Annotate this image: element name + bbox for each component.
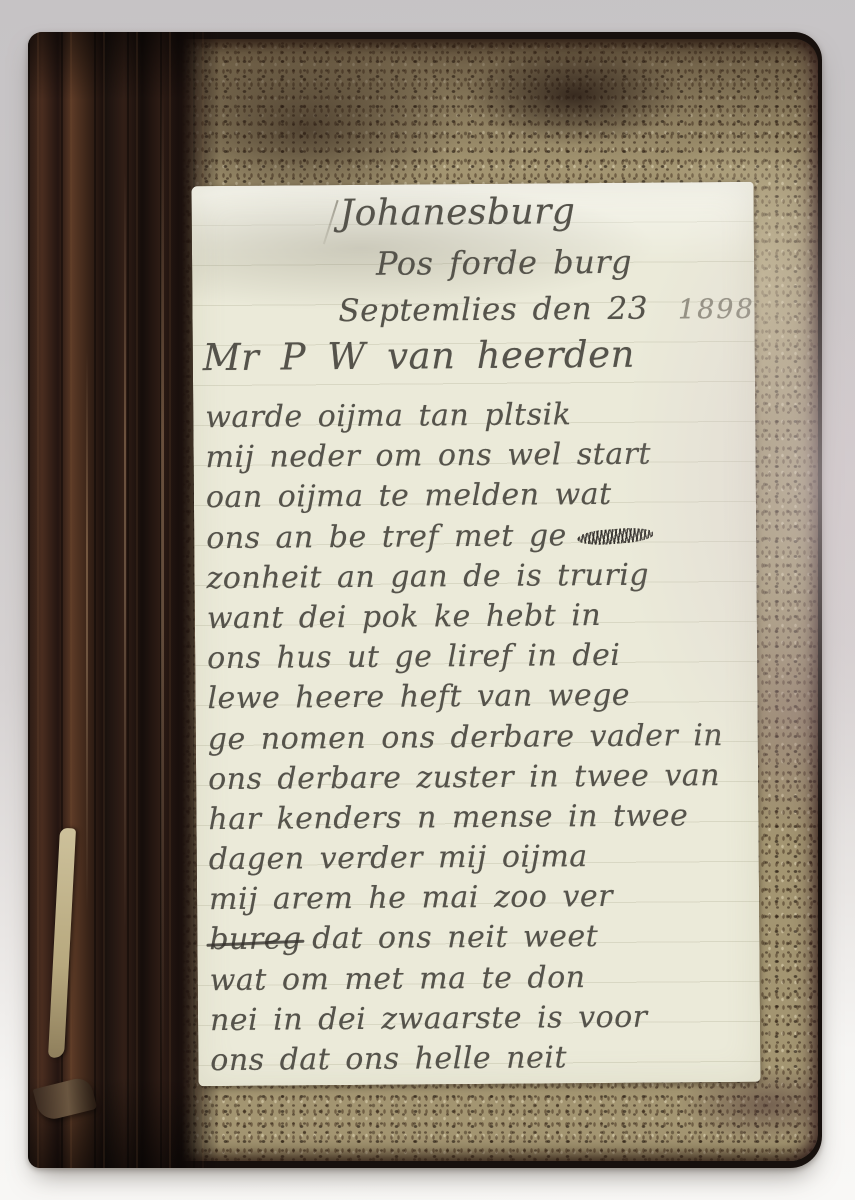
paper-crease	[323, 200, 339, 244]
letter-place-line-2: Pos forde burg	[376, 243, 632, 283]
spine-gloss-highlight	[124, 172, 126, 932]
letter-line: want dei pok ke hebt in	[207, 595, 751, 639]
letter-line: har kenders n mense in twee	[208, 796, 752, 840]
paper-label: Johanesburg Pos forde burg Septemlies de…	[191, 182, 760, 1086]
struck-word: bureg	[209, 920, 302, 961]
letter-line: zonheit an gan de is trurig	[206, 555, 750, 599]
letter-line: lewe heere heft van wege	[207, 675, 751, 719]
letter-line: wat om met ma te don	[210, 956, 754, 1000]
letter-line: mij neder om ons wel start	[205, 434, 749, 478]
spine-gloss-highlight	[161, 92, 164, 1072]
letter-line: buregdat ons neit weet	[209, 916, 753, 960]
letter-line-text: dat ons neit weet	[312, 919, 598, 956]
letter-date-text: Septemlies den 23	[338, 291, 648, 329]
letter-line: ons derbare zuster in twee van	[208, 756, 752, 800]
book: Johanesburg Pos forde burg Septemlies de…	[28, 32, 822, 1168]
letter-line: ons dat ons helle neit	[210, 1037, 754, 1081]
scribbled-out-word	[576, 526, 653, 547]
letter-salutation: Mr P W van heerden	[203, 333, 635, 379]
letter-line: warde oijma tan pltsik	[205, 394, 749, 438]
letter-year: 1898	[678, 294, 755, 326]
letter-place-line-1: Johanesburg	[340, 191, 576, 234]
letter-line: ons an be tref met ge	[206, 514, 750, 558]
letter-line: nei in dei zwaarste is voor	[210, 997, 754, 1041]
letter-body: warde oijma tan pltsik mij neder om ons …	[205, 394, 754, 1081]
photo-background: Johanesburg Pos forde burg Septemlies de…	[0, 0, 855, 1200]
spine-gloss-highlight	[86, 352, 88, 912]
letter-line: oan oijma te melden wat	[206, 474, 750, 518]
letter-line: dagen verder mij oijma	[209, 836, 753, 880]
letter-date-line: Septemlies den 231898	[338, 290, 755, 329]
letter-line: ons hus ut ge liref in dei	[207, 635, 751, 679]
letter-line: mij arem he mai zoo ver	[209, 876, 753, 920]
letter-line-text: ons an be tref met ge	[206, 518, 567, 556]
letter-line: ge nomen ons derbare vader in	[208, 715, 752, 759]
